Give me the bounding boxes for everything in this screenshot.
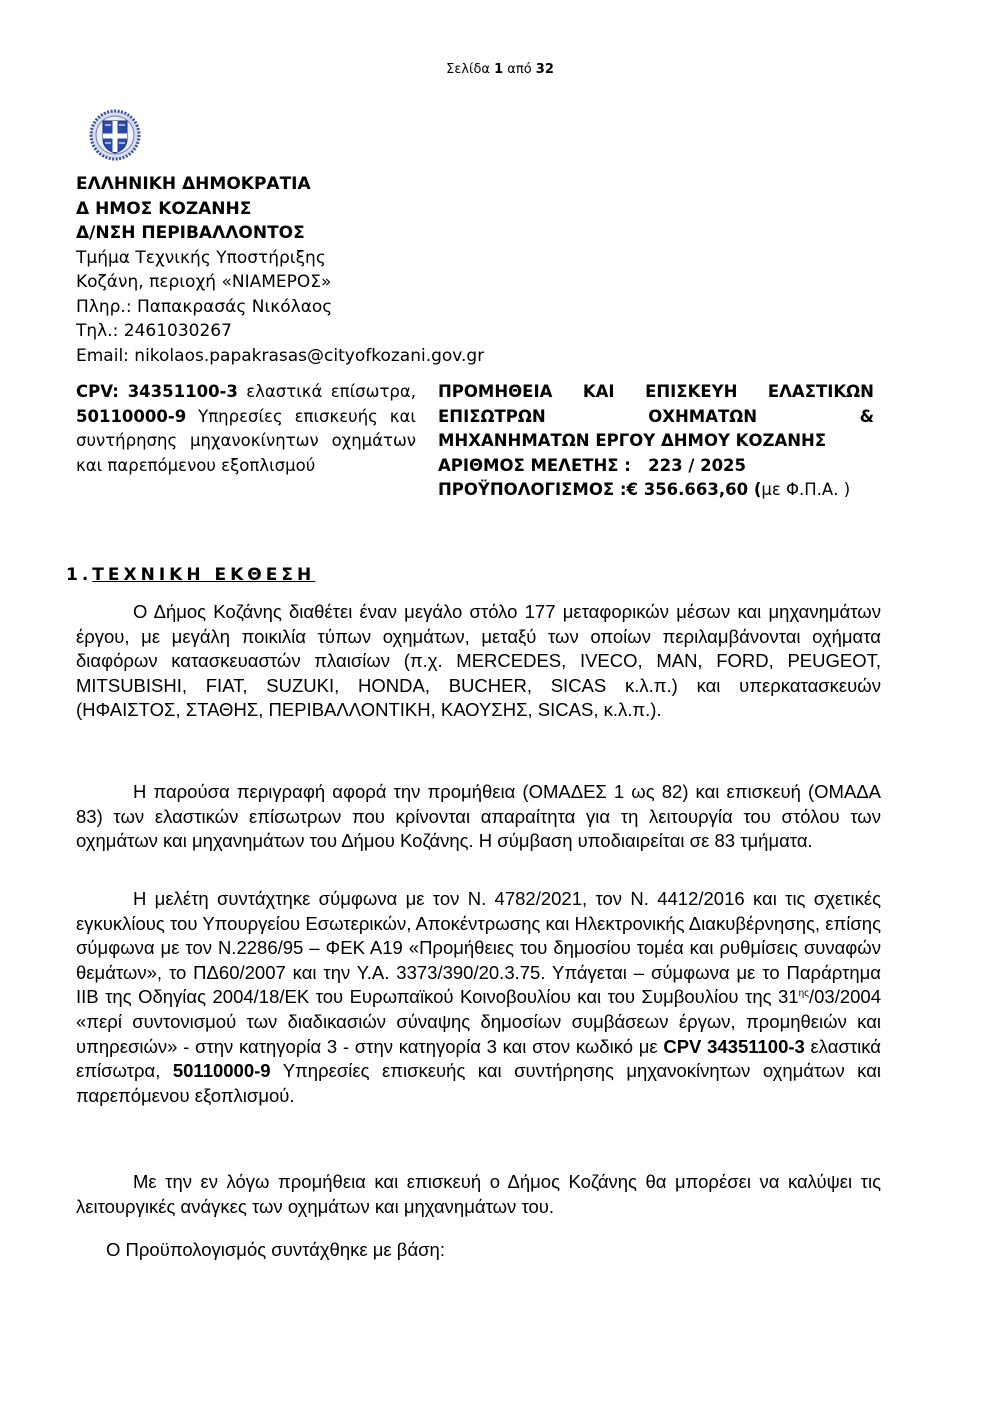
country-name: ΕΛΛΗΝΙΚΗ ΔΗΜΟΚΡΑΤΙΑ [76, 172, 484, 197]
cpv-codes: CPV: 34351100-3 ελαστικά επίσωτρα, 50110… [76, 380, 416, 478]
paragraph-budget-intro: Ο Προϋπολογισμός συντάχθηκε με βάση: [76, 1238, 881, 1263]
section-heading: 1.ΤΕΧΝΙΚΗ ΕΚΘΕΣΗ [66, 565, 315, 585]
department-name: Τμήμα Τεχνικής Υποστήριξης [76, 246, 484, 271]
paragraph-purpose: Με την εν λόγω προμήθεια και επισκευή ο … [76, 1170, 881, 1219]
greek-coat-of-arms-icon [89, 109, 141, 161]
budget: ΠΡΟΫΠΟΛΟΓΙΣΜΟΣ :€ 356.663,60 (με Φ.Π.Α. … [438, 478, 874, 503]
paragraph-legal-basis: Η μελέτη συντάχτηκε σύμφωνα με τον Ν. 47… [76, 887, 881, 1108]
project-info: ΠΡΟΜΗΘΕΙΑ ΚΑΙ ΕΠΙΣΚΕΥΗ ΕΛΑΣΤΙΚΩΝ ΕΠΙΣΩΤΡ… [438, 380, 874, 503]
project-title-line2: ΕΠΙΣΩΤΡΩΝ ΟΧΗΜΑΤΩΝ & [438, 405, 874, 430]
contact-person: Πληρ.: Παπακρασάς Νικόλαος [76, 295, 484, 320]
paragraph-fleet: Ο Δήμος Κοζάνης διαθέτει έναν μεγάλο στό… [76, 600, 881, 723]
email: Email: nikolaos.papakrasas@cityofkozani.… [76, 344, 484, 369]
phone: Τηλ.: 2461030267 [76, 319, 484, 344]
page-number: Σελίδα 1 από 32 [0, 62, 1000, 77]
address: Κοζάνη, περιοχή «ΝΙΑΜΕΡΟΣ» [76, 270, 484, 295]
project-title-line3: ΜΗΧΑΝΗΜΑΤΩΝ ΕΡΓΟΥ ΔΗΜΟΥ ΚΟΖΑΝΗΣ [438, 429, 874, 454]
paragraph-scope: Η παρούσα περιγραφή αφορά την προμήθεια … [76, 780, 881, 854]
municipality-name: Δ ΗΜΟΣ ΚΟΖΑΝΗΣ [76, 197, 484, 222]
study-number: ΑΡΙΘΜΟΣ ΜΕΛΕΤΗΣ : 223 / 2025 [438, 454, 874, 479]
project-title-line1: ΠΡΟΜΗΘΕΙΑ ΚΑΙ ΕΠΙΣΚΕΥΗ ΕΛΑΣΤΙΚΩΝ [438, 380, 874, 405]
sender-block: ΕΛΛΗΝΙΚΗ ΔΗΜΟΚΡΑΤΙΑ Δ ΗΜΟΣ ΚΟΖΑΝΗΣ Δ/ΝΣΗ… [76, 172, 484, 368]
directorate-name: Δ/ΝΣΗ ΠΕΡΙΒΑΛΛΟΝΤΟΣ [76, 221, 484, 246]
